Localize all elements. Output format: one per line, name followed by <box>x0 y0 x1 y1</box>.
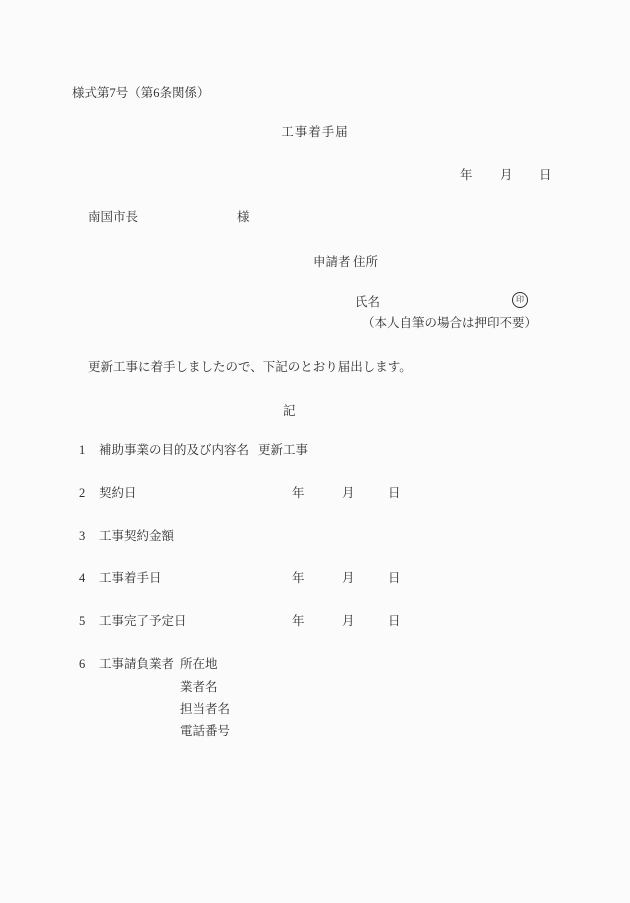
item-5-number: 5 <box>79 615 85 628</box>
item-4-year-label: 年 <box>292 572 305 585</box>
date-year-label: 年 <box>460 169 473 182</box>
item-2-label: 契約日 <box>99 487 137 500</box>
applicant-name-label: 氏名 <box>355 296 380 309</box>
contractor-phone-label: 電話番号 <box>180 725 230 738</box>
item-2-month-label: 月 <box>342 487 355 500</box>
item-2-number: 2 <box>79 487 85 500</box>
item-6-number: 6 <box>79 658 85 671</box>
date-day-label: 日 <box>539 169 552 182</box>
seal-mark-icon: 印 <box>512 292 528 308</box>
item-4-number: 4 <box>79 572 85 585</box>
applicant-address-label: 住所 <box>353 256 378 269</box>
item-2-year-label: 年 <box>292 487 305 500</box>
item-4-label: 工事着手日 <box>99 572 162 585</box>
record-marker: 記 <box>283 405 296 418</box>
item-3-label: 工事契約金額 <box>99 530 174 543</box>
item-5-month-label: 月 <box>342 615 355 628</box>
item-5-day-label: 日 <box>388 615 401 628</box>
item-3-number: 3 <box>79 530 85 543</box>
item-5-year-label: 年 <box>292 615 305 628</box>
contractor-address-label: 所在地 <box>180 658 218 671</box>
addressee-honorific: 様 <box>237 211 250 224</box>
document-page: 様式第7号（第6条関係） 工事着手届 年 月 日 南国市長 様 申請者 住所 氏… <box>0 0 630 903</box>
item-4-month-label: 月 <box>342 572 355 585</box>
item-1-value: 更新工事 <box>258 444 308 457</box>
item-4-day-label: 日 <box>388 572 401 585</box>
document-title: 工事着手届 <box>0 126 630 139</box>
applicant-label: 申請者 <box>313 256 351 269</box>
date-month-label: 月 <box>500 169 513 182</box>
contractor-contact-label: 担当者名 <box>180 703 230 716</box>
contractor-company-label: 業者名 <box>180 681 218 694</box>
addressee-name: 南国市長 <box>88 211 138 224</box>
form-number: 様式第7号（第6条関係） <box>72 87 210 100</box>
statement-text: 更新工事に着手しましたので、下記のとおり届出します。 <box>88 361 412 374</box>
item-5-label: 工事完了予定日 <box>99 615 187 628</box>
seal-note: （本人自筆の場合は押印不要） <box>362 317 537 330</box>
item-6-label: 工事請負業者 <box>99 658 174 671</box>
item-2-day-label: 日 <box>388 487 401 500</box>
item-1-number: 1 <box>79 444 85 457</box>
item-1-label: 補助事業の目的及び内容名 <box>99 444 249 457</box>
